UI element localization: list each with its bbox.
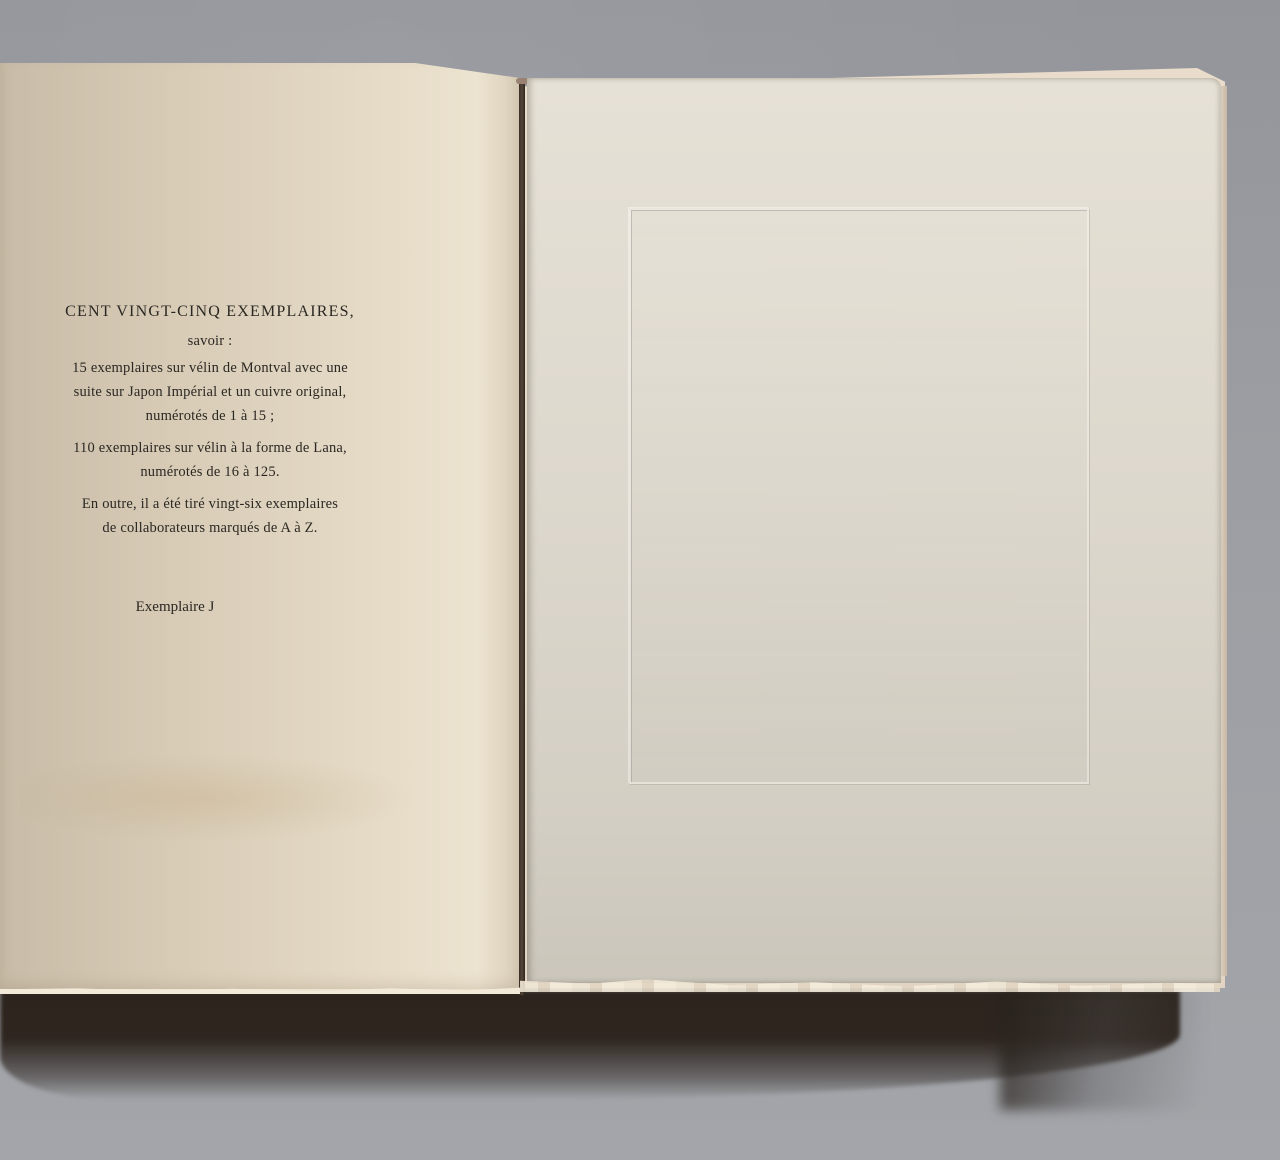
colophon-line: En outre, il a été tiré vingt-six exempl… (0, 496, 420, 513)
book-gutter (519, 80, 525, 995)
colophon-line: suite sur Japon Impérial et un cuivre or… (0, 384, 420, 401)
colophon-subheading: savoir : (0, 333, 420, 350)
page-stain (20, 753, 420, 843)
copy-number: Exemplaire J (0, 599, 350, 616)
right-page-fore-edge (1221, 86, 1227, 976)
left-page: CENT VINGT-CINQ EXEMPLAIRES, savoir : 15… (0, 63, 519, 993)
etching-plate-mark (629, 208, 1089, 784)
right-page (527, 78, 1221, 983)
book-shadow-right (1000, 990, 1200, 1110)
colophon-line: de collaborateurs marqués de A à Z. (0, 520, 420, 537)
colophon-line: 15 exemplaires sur vélin de Montval avec… (0, 360, 420, 377)
colophon-line: 110 exemplaires sur vélin à la forme de … (0, 440, 420, 457)
colophon-line: numérotés de 1 à 15 ; (0, 408, 420, 425)
colophon-heading: CENT VINGT-CINQ EXEMPLAIRES, (0, 303, 420, 321)
colophon-line: numérotés de 16 à 125. (0, 464, 420, 481)
